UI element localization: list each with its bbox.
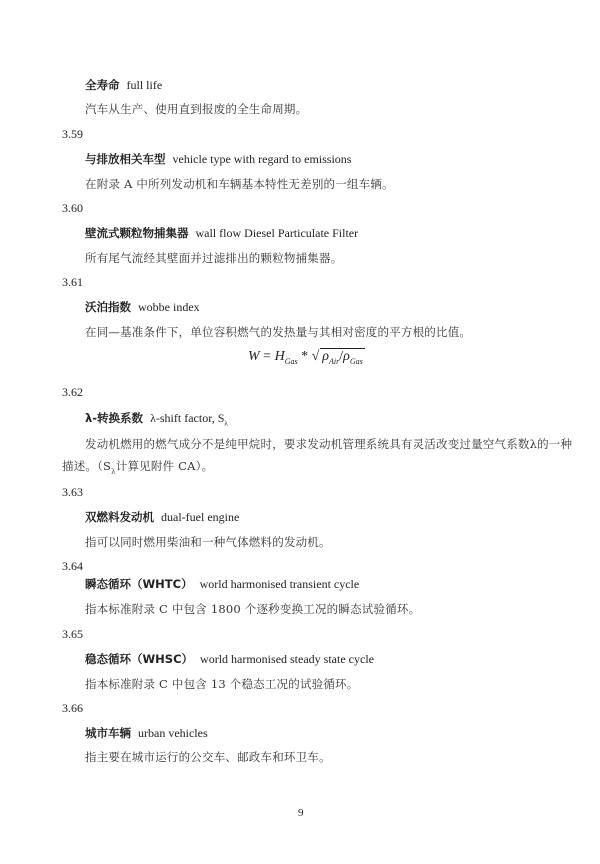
term-zh: 壁流式颗粒物捕集器 <box>85 226 189 240</box>
wobbe-formula: W = HGas * √ρAir/ρGas <box>248 348 365 366</box>
term-en: λ-shift factor, Sλ <box>150 411 228 425</box>
term-definition: 所有尾气流经其壁面并过滤排出的颗粒物捕集器。 <box>85 250 342 266</box>
term-definition: 指本标准附录 C 中包含 13 个稳态工况的试验循环。 <box>85 676 358 692</box>
term-zh: 瞬态循环（WHTC） <box>85 577 193 591</box>
section-number: 3.62 <box>62 384 83 400</box>
term-en: urban vehicles <box>138 726 208 740</box>
formula-h: H <box>275 349 285 364</box>
term-definition: 汽车从生产、使用直到报废的全生命周期。 <box>85 101 307 117</box>
term-definition: 指主要在城市运行的公交车、邮政车和环卫车。 <box>85 749 331 765</box>
formula-equals: = <box>263 349 271 364</box>
term-heading: 双燃料发动机dual-fuel engine <box>85 509 239 525</box>
term-en: world harmonised steady state cycle <box>200 652 374 666</box>
term-definition-line2: 描述。（Sλ计算见附件 CA）。 <box>62 458 213 479</box>
term-definition: 指可以同时燃用柴油和一种气体燃料的发动机。 <box>85 534 331 550</box>
term-definition: 在同—基准条件下，单位容积燃气的发热量与其相对密度的平方根的比值。 <box>85 324 471 340</box>
term-zh: 与排放相关车型 <box>85 152 166 166</box>
formula-rho-air: ρ <box>322 349 329 364</box>
term-en-sub: λ <box>224 419 227 427</box>
term-zh: 稳态循环（WHSC） <box>85 652 193 666</box>
term-heading: 与排放相关车型vehicle type with regard to emiss… <box>85 151 351 167</box>
sqrt-icon: √ <box>312 349 320 364</box>
term-en: dual-fuel engine <box>161 510 239 524</box>
term-heading: 全寿命full life <box>85 77 162 93</box>
term-zh: 城市车辆 <box>85 726 131 740</box>
term-zh: 沃泊指数 <box>85 300 131 314</box>
term-heading: 瞬态循环（WHTC）world harmonised transient cyc… <box>85 576 359 592</box>
formula-w: W <box>248 349 260 364</box>
term-en: vehicle type with regard to emissions <box>173 152 352 166</box>
term-zh: λ-转换系数 <box>85 411 143 425</box>
section-number: 3.60 <box>62 200 83 216</box>
term-definition: 在附录 A 中所列发动机和车辆基本特性无差别的一组车辆。 <box>85 176 394 192</box>
term-zh: 双燃料发动机 <box>85 510 154 524</box>
term-heading: 壁流式颗粒物捕集器wall flow Diesel Particulate Fi… <box>85 225 358 241</box>
term-definition: 指本标准附录 C 中包含 1800 个逐秒变换工况的瞬态试验循环。 <box>85 601 420 617</box>
term-en: world harmonised transient cycle <box>200 577 360 591</box>
term-definition-line1: 发动机燃用的燃气成分不是纯甲烷时，要求发动机管理系统具有灵活改变过量空气系数λ的… <box>85 436 572 452</box>
term-heading: 沃泊指数wobbe index <box>85 299 200 315</box>
formula-rho-gas: ρ <box>343 349 350 364</box>
term-zh: 全寿命 <box>85 78 120 92</box>
section-number: 3.59 <box>62 126 83 142</box>
section-number: 3.65 <box>62 626 83 642</box>
term-en: wall flow Diesel Particulate Filter <box>196 226 359 240</box>
formula-rho-air-sub: Air <box>329 357 339 366</box>
formula-sqrt-body: ρAir/ρGas <box>320 348 364 366</box>
def-post: 计算见附件 CA）。 <box>116 459 214 473</box>
formula-h-sub: Gas <box>285 357 298 366</box>
term-heading: λ-转换系数λ-shift factor, Sλ <box>85 410 228 431</box>
term-en: full life <box>127 78 163 92</box>
section-number: 3.61 <box>62 274 83 290</box>
def-pre: 描述。（S <box>62 459 111 473</box>
section-number: 3.64 <box>62 558 83 574</box>
page-number: 9 <box>298 807 304 819</box>
section-number: 3.63 <box>62 484 83 500</box>
term-en: wobbe index <box>138 300 200 314</box>
section-number: 3.66 <box>62 700 83 716</box>
formula-rho-gas-sub: Gas <box>350 357 363 366</box>
formula-times: * <box>301 349 308 364</box>
term-en-text: λ-shift factor, S <box>150 411 224 425</box>
term-heading: 城市车辆urban vehicles <box>85 725 208 741</box>
term-heading: 稳态循环（WHSC）world harmonised steady state … <box>85 651 374 667</box>
